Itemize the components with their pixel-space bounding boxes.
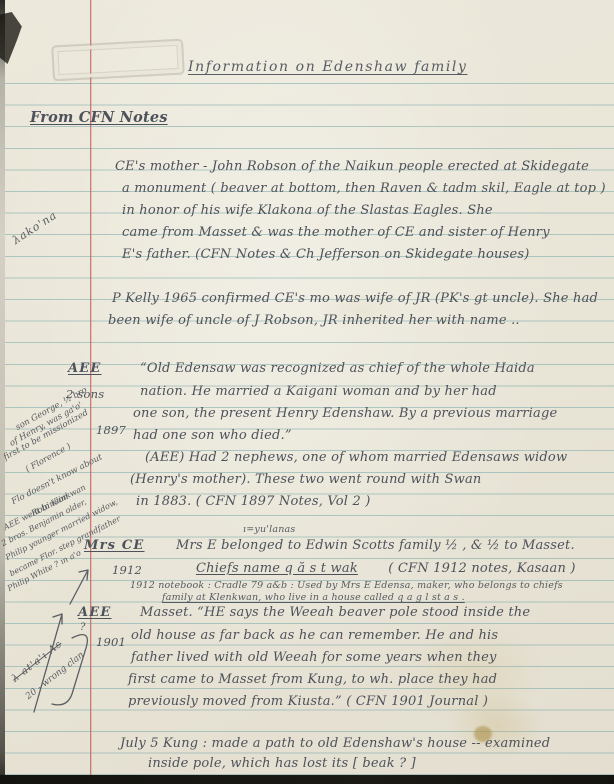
margin-note-nakona: λako'na	[10, 209, 59, 247]
handwritten-line: old house as far back as he can remember…	[131, 629, 498, 643]
question-mark-note: ?	[80, 622, 85, 633]
handwritten-line: in honor of his wife Klakona of the Slas…	[122, 204, 493, 218]
scanned-page: Information on Edenshaw family From CFN …	[0, 0, 614, 784]
handwritten-line: (AEE) Had 2 nephews, one of whom married…	[145, 451, 567, 465]
handwritten-line: came from Masset & was the mother of CE …	[122, 226, 550, 240]
paper-stain	[300, 280, 420, 340]
chiefs-citation: ( CFN 1912 notes, Kasaan )	[388, 561, 575, 576]
chiefs-name-line: Chiefs name q ă s t wak ( CFN 1912 notes…	[196, 562, 576, 576]
section-heading-from-cfn: From CFN Notes	[30, 110, 168, 126]
scan-edge-left	[0, 0, 5, 784]
handwritten-line: July 5 Kung : made a path to old Edensha…	[120, 737, 550, 751]
handwritten-line: a monument ( beaver at bottom, then Rave…	[122, 182, 606, 196]
scan-edge-bottom	[0, 775, 614, 784]
aee-1897-label: AEE	[68, 362, 102, 376]
handwritten-line: previously moved from Kiusta.” ( CFN 190…	[128, 695, 488, 709]
notebook-note-line: 1912 notebook : Cradle 79 a&b : Used by …	[130, 581, 563, 591]
paper-stain	[428, 678, 568, 773]
handwritten-line: nation. He married a Kaigani woman and b…	[140, 385, 497, 399]
handwritten-line: P Kelly 1965 confirmed CE's mo was wife …	[112, 292, 598, 306]
interlinear-clan-note: ı=yu'lanas	[243, 525, 295, 535]
chiefs-name: Chiefs name q ă s t wak	[196, 561, 358, 576]
corner-tear-mark	[0, 12, 42, 64]
margin-annotations	[12, 552, 112, 727]
handwritten-line: had one son who died.”	[133, 429, 292, 443]
arrow-annotation	[70, 570, 88, 604]
handwritten-line: been wife of uncle of J Robson, JR inher…	[108, 314, 520, 328]
margin-year-1912: 1912	[112, 564, 142, 577]
paperclip-mark	[51, 39, 185, 82]
handwritten-line: E's father. (CFN Notes & Ch Jefferson on…	[122, 248, 530, 262]
page-title: Information on Edenshaw family	[188, 60, 468, 75]
handwritten-line: “Old Edensaw was recognized as chief of …	[140, 362, 535, 376]
handwritten-line: (Henry's mother). These two went round w…	[130, 473, 482, 487]
margin-year-1897: 1897	[96, 424, 126, 437]
handwritten-line: Masset. “HE says the Weeah beaver pole s…	[140, 606, 530, 620]
handwritten-line: inside pole, which has lost its [ beak ?…	[148, 757, 416, 771]
handwritten-line: CE's mother - John Robson of the Naikun …	[115, 160, 589, 174]
handwritten-line: one son, the present Henry Edenshaw. By …	[133, 407, 557, 421]
handwritten-line: first came to Masset from Kung, to wh. p…	[128, 673, 497, 687]
handwritten-line: Mrs E belonged to Edwin Scotts family ½ …	[176, 539, 575, 553]
notebook-note-line: family at Klenkwan, who live in a house …	[162, 593, 465, 603]
handwritten-line: father lived with old Weeah for some yea…	[131, 651, 497, 665]
handwritten-line: in 1883. ( CFN 1897 Notes, Vol 2 )	[136, 495, 371, 509]
